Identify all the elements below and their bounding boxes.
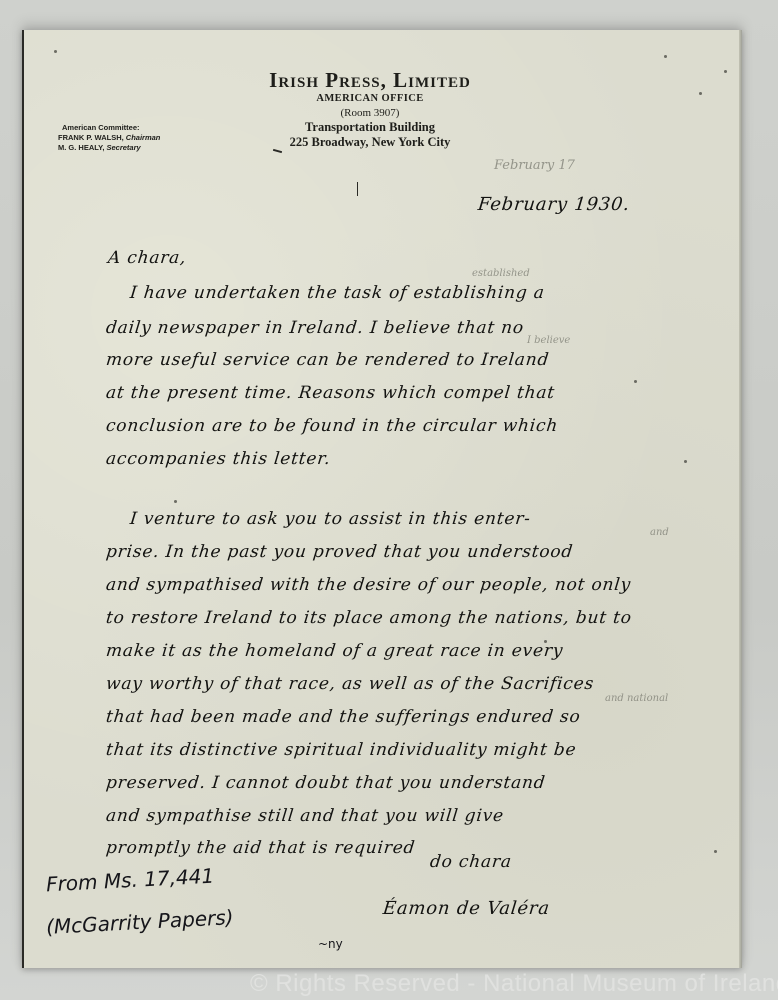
paper-speck bbox=[724, 70, 727, 73]
committee-block: American Committee: FRANK P. WALSH, Chai… bbox=[58, 123, 160, 153]
body-line: conclusion are to be found in the circul… bbox=[105, 416, 559, 436]
body-line: more useful service can be rendered to I… bbox=[105, 350, 550, 370]
body-line: and sympathised with the desire of our p… bbox=[105, 575, 632, 595]
faint-annotation: established bbox=[472, 268, 530, 279]
body-line: I have undertaken the task of establishi… bbox=[129, 283, 546, 303]
initials-mark: ~ny bbox=[318, 937, 358, 959]
committee-member: FRANK P. WALSH, Chairman bbox=[58, 133, 160, 143]
body-line: preserved. I cannot doubt that you under… bbox=[105, 773, 547, 793]
paper-speck bbox=[664, 55, 667, 58]
office-name: AMERICAN OFFICE bbox=[220, 92, 520, 106]
body-line: accompanies this letter. bbox=[105, 449, 332, 469]
body-line: promptly the aid that is required bbox=[105, 838, 416, 858]
letterhead: Irish Press, Limited AMERICAN OFFICE (Ro… bbox=[220, 68, 520, 150]
committee-heading: American Committee: bbox=[58, 123, 160, 133]
building-name: Transportation Building bbox=[220, 120, 520, 135]
company-name: Irish Press, Limited bbox=[220, 68, 520, 92]
member-name: FRANK P. WALSH, bbox=[58, 133, 124, 142]
faint-date-annotation: February 17 bbox=[494, 158, 575, 173]
salutation: A chara, bbox=[107, 248, 187, 268]
body-line: I venture to ask you to assist in this e… bbox=[129, 509, 532, 529]
closing: do chara bbox=[429, 852, 513, 872]
letter-paper bbox=[22, 30, 742, 968]
body-line: at the present time. Reasons which compe… bbox=[105, 383, 556, 403]
paper-speck bbox=[699, 92, 702, 95]
body-line: way worthy of that race, as well as of t… bbox=[105, 674, 595, 694]
body-line: that its distinctive spiritual individua… bbox=[105, 740, 578, 760]
body-line: daily newspaper in Ireland. I believe th… bbox=[105, 318, 525, 338]
ink-mark bbox=[357, 182, 358, 196]
street-address: 225 Broadway, New York City bbox=[220, 135, 520, 150]
copyright-watermark: © Rights Reserved - National Museum of I… bbox=[250, 970, 778, 998]
letter-date: February 1930. bbox=[477, 194, 631, 215]
faint-annotation: and national bbox=[605, 693, 668, 704]
faint-annotation: I believe bbox=[527, 335, 570, 346]
committee-member: M. G. HEALY, Secretary bbox=[58, 143, 160, 153]
paper-edge bbox=[739, 30, 742, 968]
member-name: M. G. HEALY, bbox=[58, 143, 104, 152]
paper-speck bbox=[634, 380, 637, 383]
faint-annotation: and bbox=[650, 527, 669, 538]
paper-speck bbox=[714, 850, 717, 853]
body-line: prise. In the past you proved that you u… bbox=[105, 542, 574, 562]
member-role: Chairman bbox=[126, 133, 161, 142]
body-line: make it as the homeland of a great race … bbox=[105, 641, 564, 661]
paper-speck bbox=[174, 500, 177, 503]
paper-speck bbox=[684, 460, 687, 463]
body-line: that had been made and the sufferings en… bbox=[105, 707, 582, 727]
member-role: Secretary bbox=[107, 143, 141, 152]
body-line: to restore Ireland to its place among th… bbox=[105, 608, 633, 628]
room-number: (Room 3907) bbox=[220, 106, 520, 120]
signature: Éamon de Valéra bbox=[382, 898, 551, 919]
paper-speck bbox=[54, 50, 57, 53]
body-line: and sympathise still and that you will g… bbox=[105, 806, 505, 826]
